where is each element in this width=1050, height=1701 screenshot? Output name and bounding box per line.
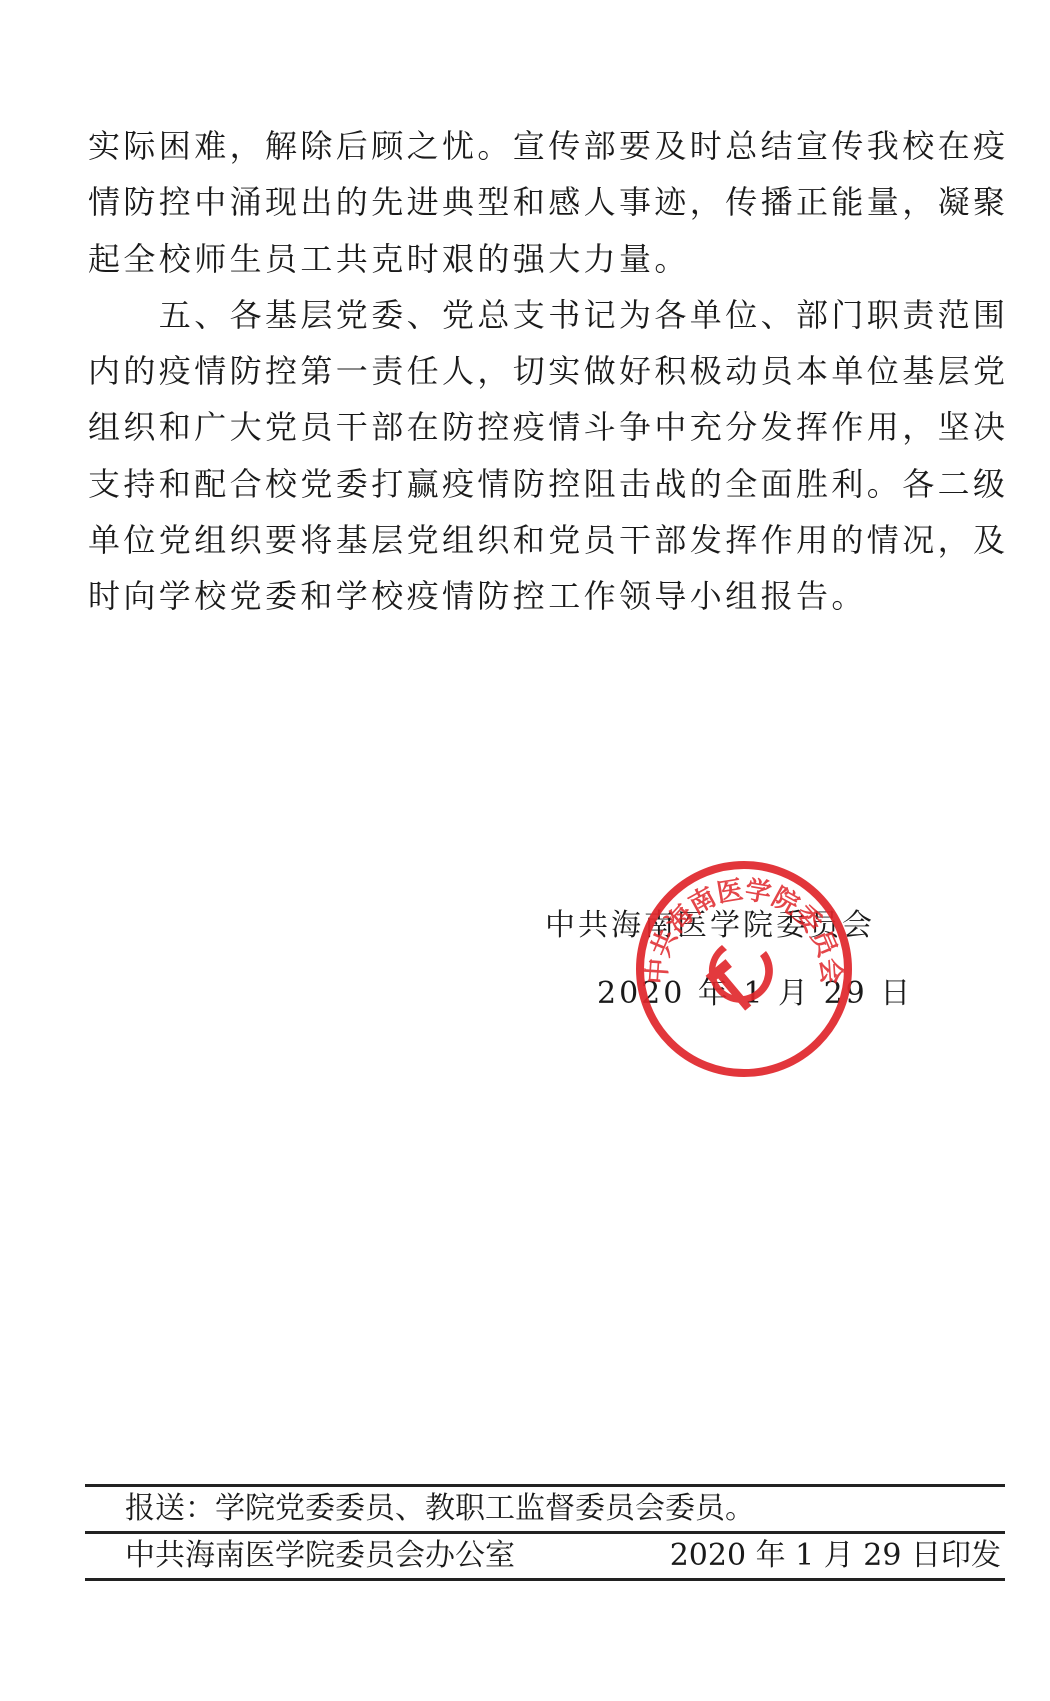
issuer-name: 中共海南医学院委员会办公室 (125, 1534, 515, 1578)
document-page: 实际困难，解除后顾之忧。宣传部要及时总结宣传我校在疫 情防控中涌现出的先进典型和… (0, 0, 1050, 1701)
body-line: 组织和广大党员干部在防控疫情斗争中充分发挥作用，坚决 (88, 399, 988, 455)
body-line: 五、各基层党委、党总支书记为各单位、部门职责范围 (88, 287, 988, 343)
body-text: 实际困难，解除后顾之忧。宣传部要及时总结宣传我校在疫 情防控中涌现出的先进典型和… (88, 118, 988, 625)
body-line: 情防控中涌现出的先进典型和感人事迹，传播正能量，凝聚 (88, 174, 988, 230)
issue-date: 2020 年 1 月 29 日印发 (670, 1534, 1001, 1578)
signature-organization: 中共海南医学院委员会 (545, 900, 875, 944)
body-line: 内的疫情防控第一责任人，切实做好积极动员本单位基层党 (88, 343, 988, 399)
body-line: 实际困难，解除后顾之忧。宣传部要及时总结宣传我校在疫 (88, 118, 988, 174)
body-line: 支持和配合校党委打赢疫情防控阻击战的全面胜利。各二级 (88, 456, 988, 512)
cc-text: 报送：学院党委委员、教职工监督委员会委员。 (125, 1487, 755, 1531)
body-line: 单位党组织要将基层党组织和党员干部发挥作用的情况，及 (88, 512, 988, 568)
body-line: 时向学校党委和学校疫情防控工作领导小组报告。 (88, 568, 988, 624)
signature-date: 2020 年 1 月 29 日 (597, 968, 913, 1012)
document-footer: 报送：学院党委委员、教职工监督委员会委员。 中共海南医学院委员会办公室 2020… (85, 1484, 1005, 1581)
footer-divider (85, 1578, 1005, 1581)
issuer-line: 中共海南医学院委员会办公室 2020 年 1 月 29 日印发 (85, 1534, 1005, 1578)
body-line: 起全校师生员工共克时艰的强大力量。 (88, 231, 988, 287)
cc-line: 报送：学院党委委员、教职工监督委员会委员。 (85, 1487, 1005, 1531)
